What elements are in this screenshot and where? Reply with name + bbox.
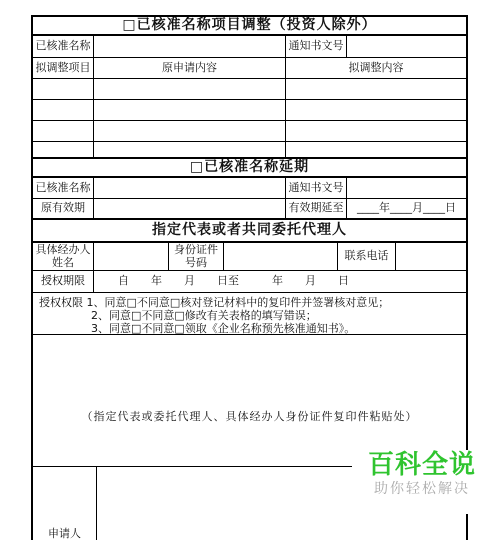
adjustment-empty-row (33, 79, 466, 100)
adjust-item-label: 拟调整项目 (33, 58, 94, 78)
agent-operator-row: 具体经办人 姓名 身份证件 号码 联系电话 (33, 243, 466, 271)
auth-scope-line-3: 3、同意□不同意□领取《企业名称预先核准通知书》。 (91, 322, 460, 334)
adjustment-empty-row (33, 142, 466, 159)
operator-name-value (94, 243, 169, 270)
approved-name-label: 已核准名称 (33, 178, 94, 198)
empty-cell (33, 142, 94, 157)
auth-period-label: 授权期限 (33, 271, 94, 292)
watermark-title: 百科全说 (368, 450, 476, 480)
id-number-label-line1: 身份证件 (174, 244, 218, 257)
operator-name-label: 具体经办人 姓名 (33, 243, 94, 270)
section-extension-title: □已核准名称延期 (33, 159, 466, 176)
adjustment-empty-row (33, 100, 466, 121)
empty-cell (286, 79, 466, 99)
form-document: □已核准名称项目调整（投资人除外） 已核准名称 通知书文号 拟调整项目 原申请内… (0, 0, 500, 540)
auth-scope-text: 授权权限 1、同意□不同意□核对登记材料中的复印件并签署核对意见； 2、同意□不… (33, 293, 466, 334)
phone-value (396, 243, 466, 270)
applicant-label: 申请人 (33, 467, 97, 540)
id-paste-note: （指定代表或委托代理人、具体经办人身份证件复印件粘贴处） (33, 335, 466, 466)
empty-cell (33, 79, 94, 99)
operator-name-label-line2: 姓名 (52, 257, 74, 270)
watermark: 百科全说 助你轻松解决 (352, 450, 492, 514)
auth-scope-line-2: 2、同意□不同意□修改有关表格的填写错误； (91, 309, 460, 322)
empty-cell (33, 121, 94, 141)
section-agent-header-row: 指定代表或者共同委托代理人 (33, 220, 466, 243)
id-number-value (224, 243, 338, 270)
original-validity-label: 原有效期 (33, 199, 94, 218)
adjustment-columns-row: 拟调整项目 原申请内容 拟调整内容 (33, 58, 466, 79)
approved-name-value (94, 178, 286, 198)
id-paste-area-row: （指定代表或委托代理人、具体经办人身份证件复印件粘贴处） (33, 335, 466, 467)
extension-approved-name-row: 已核准名称 通知书文号 (33, 178, 466, 199)
original-validity-value (94, 199, 286, 218)
empty-cell (286, 121, 466, 141)
notice-no-label: 通知书文号 (286, 36, 347, 57)
adjustment-approved-name-row: 已核准名称 通知书文号 (33, 36, 466, 58)
adjustment-empty-row (33, 121, 466, 142)
id-number-label: 身份证件 号码 (169, 243, 224, 270)
watermark-subtitle: 助你轻松解决 (374, 481, 470, 497)
original-content-label: 原申请内容 (94, 58, 286, 78)
operator-name-label-line1: 具体经办人 (36, 244, 91, 257)
empty-cell (94, 121, 286, 141)
empty-cell (286, 100, 466, 120)
empty-cell (94, 100, 286, 120)
auth-period-value: 自 年 月 日至 年 月 日 (94, 271, 466, 292)
adjusted-content-label: 拟调整内容 (286, 58, 466, 78)
section-adjustment-header-row: □已核准名称项目调整（投资人除外） (33, 17, 466, 36)
empty-cell (33, 100, 94, 120)
notice-no-label: 通知书文号 (286, 178, 347, 198)
notice-no-value (347, 178, 466, 198)
phone-label: 联系电话 (338, 243, 396, 270)
extension-validity-row: 原有效期 有效期延至 ____年____月____日 (33, 199, 466, 220)
auth-scope-line-1: 授权权限 1、同意□不同意□核对登记材料中的复印件并签署核对意见； (39, 296, 460, 309)
extend-to-label: 有效期延至 (286, 199, 347, 218)
empty-cell (286, 142, 466, 157)
approved-name-label: 已核准名称 (33, 36, 94, 57)
auth-period-row: 授权期限 自 年 月 日至 年 月 日 (33, 271, 466, 293)
section-adjustment-title: □已核准名称项目调整（投资人除外） (33, 17, 466, 34)
extend-to-value: ____年____月____日 (347, 199, 466, 218)
section-agent-title: 指定代表或者共同委托代理人 (33, 220, 466, 241)
section-extension-header-row: □已核准名称延期 (33, 159, 466, 178)
auth-scope-row: 授权权限 1、同意□不同意□核对登记材料中的复印件并签署核对意见； 2、同意□不… (33, 293, 466, 335)
empty-cell (94, 142, 286, 157)
id-number-label-line2: 号码 (185, 257, 207, 270)
notice-no-value (347, 36, 466, 57)
empty-cell (94, 79, 286, 99)
approved-name-value (94, 36, 286, 57)
